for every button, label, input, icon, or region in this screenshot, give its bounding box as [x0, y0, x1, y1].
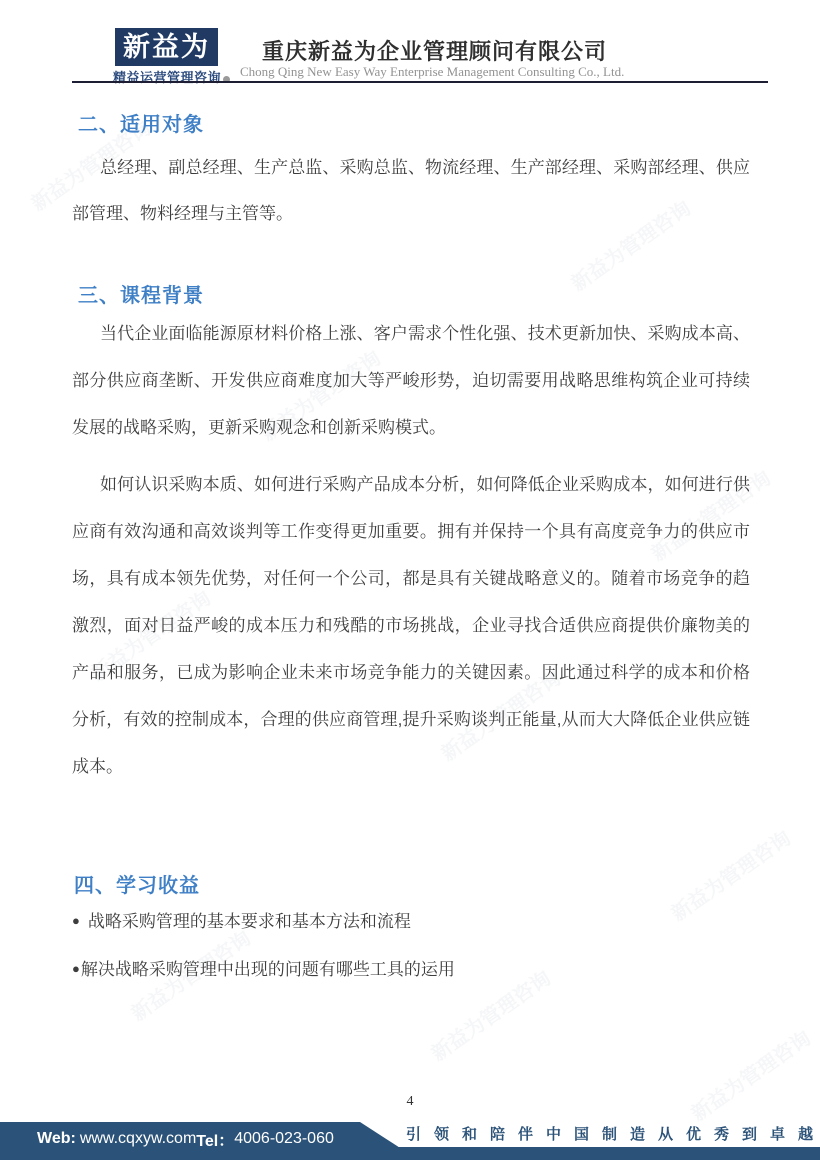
benefit-item-text: 战略采购管理的基本要求和基本方法和流程: [88, 912, 411, 931]
section-heading-benefits: 四、学习收益: [74, 869, 200, 898]
bullet-icon: ●: [72, 897, 80, 944]
background-paragraph-1: 当代企业面临能源原材料价格上涨、客户需求个性化强、技术更新加快、采购成本高、部分…: [72, 310, 750, 451]
audience-paragraph: 总经理、副总经理、生产总监、采购总监、物流经理、生产部经理、采购部经理、供应部管…: [72, 145, 750, 237]
web-label: Web:: [37, 1130, 76, 1148]
page-footer: Web:www.cqxyw.comTel：4006-023-060 引领和陪伴中…: [0, 1122, 820, 1160]
logo-tagline: 精益运营管理咨询: [113, 67, 230, 86]
company-name-en: Chong Qing New Easy Way Enterprise Manag…: [240, 64, 624, 80]
background-paragraph-2: 如何认识采购本质、如何进行采购产品成本分析，如何降低企业采购成本，如何进行供应商…: [72, 461, 750, 790]
logo-text: 新益为: [123, 34, 210, 61]
tel-number: 4006-023-060: [234, 1130, 334, 1148]
bullet-icon: ●: [72, 945, 80, 992]
website-url: www.cqxyw.com: [80, 1130, 196, 1148]
footer-slogan: 引领和陪伴中国制造从优秀到卓越: [406, 1123, 820, 1144]
list-item: ●解决战略采购管理中出现的问题有哪些工具的运用: [72, 946, 762, 994]
benefit-list: ●战略采购管理的基本要求和基本方法和流程 ●解决战略采购管理中出现的问题有哪些工…: [72, 898, 762, 994]
watermark: 新益为管理咨询: [684, 1022, 815, 1126]
page-number: 4: [0, 1094, 820, 1110]
section-heading-background: 三、课程背景: [78, 279, 204, 308]
list-item: ●战略采购管理的基本要求和基本方法和流程: [72, 898, 762, 946]
benefit-item-text: 解决战略采购管理中出现的问题有哪些工具的运用: [81, 960, 455, 979]
section-heading-audience: 二、适用对象: [78, 108, 204, 137]
tel-label: Tel：: [196, 1128, 234, 1151]
company-logo: 新益为: [115, 28, 218, 66]
footer-contact-bar: Web:www.cqxyw.comTel：4006-023-060: [0, 1122, 400, 1160]
header-divider: [72, 81, 768, 83]
company-name-cn: 重庆新益为企业管理顾问有限公司: [262, 35, 607, 66]
document-page: 新益为管理咨询 新益为管理咨询 新益为管理咨询 新益为管理咨询 新益为管理咨询 …: [0, 0, 820, 1160]
